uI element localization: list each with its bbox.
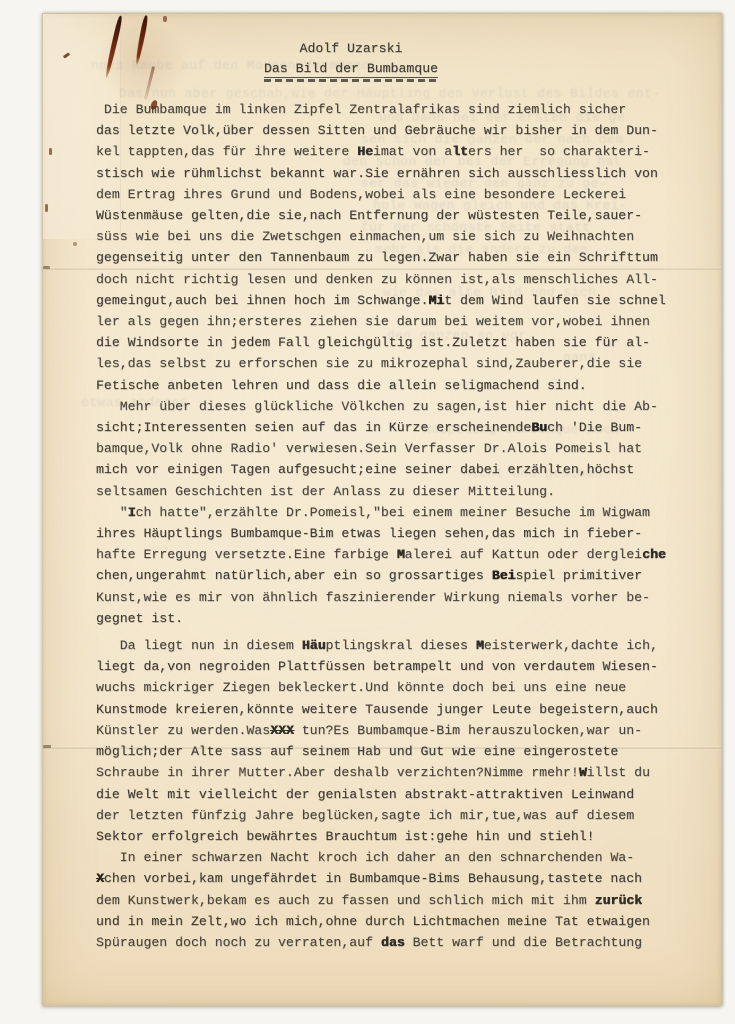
paragraph: Mehr über dieses glückliche Völkchen zu … [96, 396, 686, 502]
typed-line: Schraube in ihrer Mutter.Aber deshalb ve… [96, 762, 686, 783]
overtype-correction: Bu [531, 420, 547, 435]
typed-line: möglich;der Alte sass auf seinem Hab und… [96, 741, 686, 762]
typed-line: liegt da,von negroiden Plattfüssen betra… [96, 656, 686, 677]
typed-line: wuchs mickriger Ziegen bekleckert.Und kö… [96, 677, 686, 698]
typed-line: Künstler zu werden.WasXXX tun?Es Bumbamq… [96, 720, 686, 741]
title-underline [264, 79, 438, 82]
typed-line: ihres Häuptlings Bumbamque-Bim etwas lie… [96, 523, 686, 544]
typed-line: gegenseitig unter den Tannenbaum zu lege… [96, 247, 686, 268]
typed-line: sicht;Interessenten seien auf das in Kür… [96, 417, 686, 438]
struck-out-text: XXX [270, 723, 294, 738]
typed-line: stisch wie rühmlichst bekannt war.Sie er… [96, 163, 686, 184]
typed-line: das letzte Volk,über dessen Sitten und G… [96, 120, 686, 141]
overtype-correction: che [642, 547, 666, 562]
typed-line: gegnet ist. [96, 608, 686, 629]
overtype-correction: I [128, 505, 136, 520]
typed-line: In einer schwarzen Nacht kroch ich daher… [96, 847, 686, 868]
typed-line: Sektor erfolgreich bewährtes Brauchtum i… [96, 826, 686, 847]
overtype-correction: Mi [428, 293, 444, 308]
paper-sheet: nnes Raube auf den Mougen Vermögen.Das n… [42, 13, 722, 1006]
typed-line: les,das selbst zu erforschen sie zu mikr… [96, 353, 686, 374]
typed-line: kel tappten,das für ihre weitere Heimat … [96, 141, 686, 162]
typed-body-text: Die Bumbamque im linken Zipfel Zentralaf… [96, 99, 686, 953]
typed-line: bamque,Volk ohne Radio' verwiesen.Sein V… [96, 438, 686, 459]
document-header: Adolf Uzarski Das Bild der Bumbamque [53, 41, 649, 82]
typed-line: Fetische anbeten lehren und dass die all… [96, 375, 686, 396]
typed-line: Kunstmode kreieren,könnte weitere Tausen… [96, 699, 686, 720]
typed-line: der letzten fünfzig Jahre beglücken,sagt… [96, 805, 686, 826]
document-title: Das Bild der Bumbamque [264, 59, 438, 82]
typed-line: Xchen vorbei,kam ungefährdet in Bumbamqu… [96, 868, 686, 889]
typed-line: dem Kunstwerk,bekam es auch zu fassen un… [96, 890, 686, 911]
title-text: Das Bild der Bumbamque [264, 61, 438, 78]
paragraph: "Ich hatte",erzählte Dr.Pomeisl,"bei ein… [96, 502, 686, 629]
typed-line: mich vor einigen Tagen aufgesucht;eine s… [96, 459, 686, 480]
overtype-correction: Häu [302, 638, 326, 653]
typed-line: Spüraugen doch noch zu verraten,auf das … [96, 932, 686, 953]
typed-line: seltsamen Geschichten ist der Anlass zu … [96, 481, 686, 502]
typed-line: Kunst,wie es mir von ähnlich faszinieren… [96, 587, 686, 608]
typed-line: ler als gegen ihn;ersteres ziehen sie da… [96, 311, 686, 332]
typed-line: süss wie bei uns die Zwetschgen einmache… [96, 226, 686, 247]
typed-line: "Ich hatte",erzählte Dr.Pomeisl,"bei ein… [96, 502, 686, 523]
typed-line: Wüstenmäuse gelten,die sie,nach Entfernu… [96, 205, 686, 226]
paragraph: Die Bumbamque im linken Zipfel Zentralaf… [96, 99, 686, 396]
author-name: Adolf Uzarski [53, 41, 649, 56]
typed-line: gemeingut,auch bei ihnen hoch im Schwang… [96, 290, 686, 311]
typed-line: chen,ungerahmt natürlich,aber ein so gro… [96, 565, 686, 586]
paragraph: In einer schwarzen Nacht kroch ich daher… [96, 847, 686, 953]
paragraph: Da liegt nun in diesem Häuptlingskral di… [96, 635, 686, 847]
scan-background: nnes Raube auf den Mougen Vermögen.Das n… [0, 0, 735, 1024]
typed-line: Die Bumbamque im linken Zipfel Zentralaf… [96, 99, 686, 120]
typed-line: doch nicht richtig lesen und denken zu k… [96, 269, 686, 290]
overtype-correction: He [357, 144, 373, 159]
typed-line: Da liegt nun in diesem Häuptlingskral di… [96, 635, 686, 656]
overtype-correction: W [579, 765, 587, 780]
overtype-correction: zurück [595, 893, 642, 908]
typed-line: hafte Erregung versetzte.Eine farbige Ma… [96, 544, 686, 565]
struck-out-text: X [96, 871, 104, 886]
typed-line: und in mein Zelt,wo ich mich,ohne durch … [96, 911, 686, 932]
typed-line: Mehr über dieses glückliche Völkchen zu … [96, 396, 686, 417]
typed-line: dem Ertrag ihres Grund und Bodens,wobei … [96, 184, 686, 205]
overtype-correction: M [476, 638, 484, 653]
overtype-correction: M [397, 547, 405, 562]
overtype-correction: Bei [492, 568, 516, 583]
overtype-correction: lt [452, 144, 468, 159]
overtype-correction: das [381, 935, 405, 950]
typed-line: die Welt mit vielleicht der genialsten a… [96, 784, 686, 805]
typed-line: die Windsorte in jedem Fall gleichgültig… [96, 332, 686, 353]
